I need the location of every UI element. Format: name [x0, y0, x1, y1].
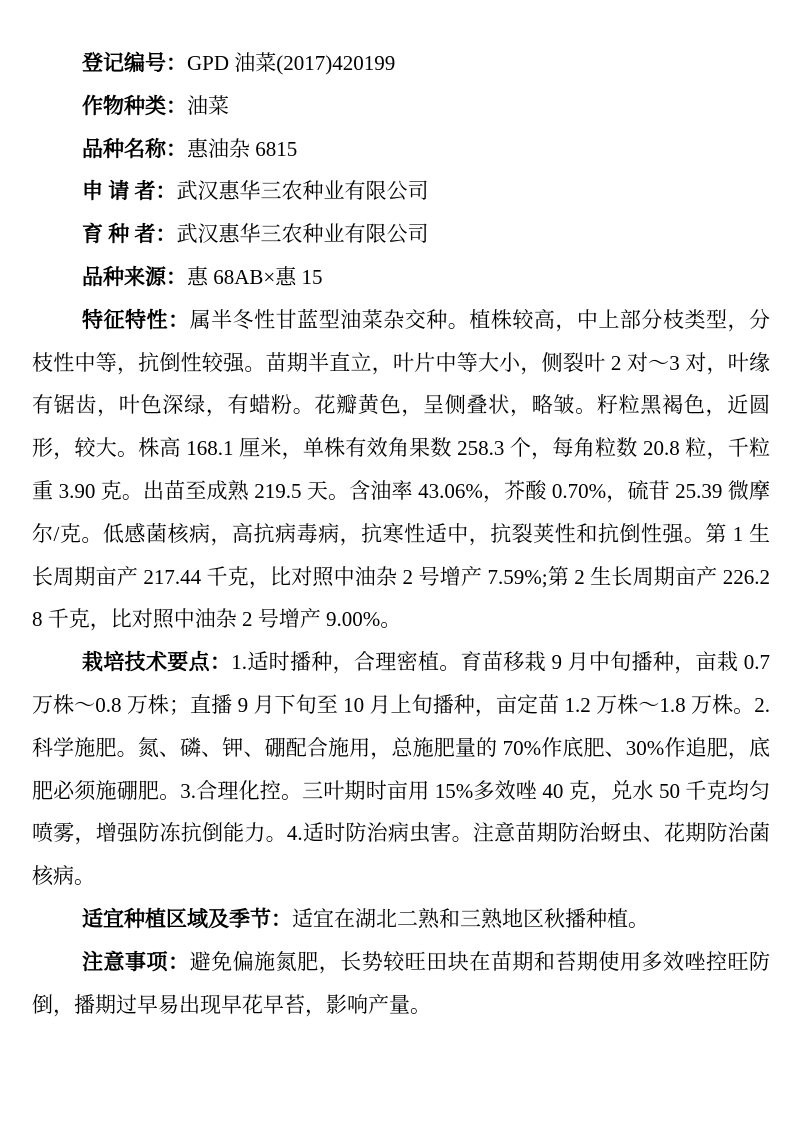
paragraph-label-characteristics: 特征特性：: [82, 308, 190, 332]
paragraph-label-suitable-region-season: 适宜种植区域及季节：: [82, 907, 292, 931]
field-label-crop-type: 作物种类：: [82, 94, 187, 118]
field-crop-type: 作物种类：油菜: [32, 85, 770, 128]
paragraph-label-precautions: 注意事项：: [82, 950, 190, 974]
paragraph-suitable-region-season: 适宜种植区域及季节：适宜在湖北二熟和三熟地区秋播种植。: [32, 898, 770, 941]
field-label-registration-number: 登记编号：: [82, 51, 187, 75]
field-value-breeder: 武汉惠华三农种业有限公司: [177, 222, 429, 246]
field-breeder: 育 种 者：武汉惠华三农种业有限公司: [32, 213, 770, 256]
paragraph-text-cultivation-techniques: 1.适时播种，合理密植。育苗移栽 9 月中旬播种，亩栽 0.7 万株～0.8 万…: [32, 650, 770, 888]
field-label-breeder: 育 种 者：: [82, 222, 177, 246]
field-label-variety-name: 品种名称：: [82, 137, 187, 161]
paragraph-precautions: 注意事项：避免偏施氮肥，长势较旺田块在苗期和苔期使用多效唑控旺防倒，播期过早易出…: [32, 941, 770, 1027]
field-label-variety-source: 品种来源：: [82, 265, 187, 289]
field-value-variety-name: 惠油杂 6815: [187, 137, 297, 161]
field-variety-source: 品种来源：惠 68AB×惠 15: [32, 256, 770, 299]
field-applicant: 申 请 者：武汉惠华三农种业有限公司: [32, 170, 770, 213]
field-variety-name: 品种名称：惠油杂 6815: [32, 128, 770, 171]
field-value-registration-number: GPD 油菜(2017)420199: [187, 51, 395, 75]
field-value-applicant: 武汉惠华三农种业有限公司: [177, 179, 429, 203]
field-value-crop-type: 油菜: [187, 94, 229, 118]
paragraph-label-cultivation-techniques: 栽培技术要点：: [82, 650, 231, 674]
document-page: 登记编号：GPD 油菜(2017)420199 作物种类：油菜 品种名称：惠油杂…: [0, 0, 800, 1132]
field-registration-number: 登记编号：GPD 油菜(2017)420199: [32, 42, 770, 85]
field-value-variety-source: 惠 68AB×惠 15: [187, 265, 323, 289]
field-label-applicant: 申 请 者：: [82, 179, 177, 203]
paragraph-text-characteristics: 属半冬性甘蓝型油菜杂交种。植株较高，中上部分枝类型，分枝性中等，抗倒性较强。苗期…: [32, 308, 770, 632]
paragraph-text-suitable-region-season: 适宜在湖北二熟和三熟地区秋播种植。: [292, 907, 649, 931]
paragraph-cultivation-techniques: 栽培技术要点：1.适时播种，合理密植。育苗移栽 9 月中旬播种，亩栽 0.7 万…: [32, 641, 770, 898]
paragraph-characteristics: 特征特性：属半冬性甘蓝型油菜杂交种。植株较高，中上部分枝类型，分枝性中等，抗倒性…: [32, 299, 770, 641]
